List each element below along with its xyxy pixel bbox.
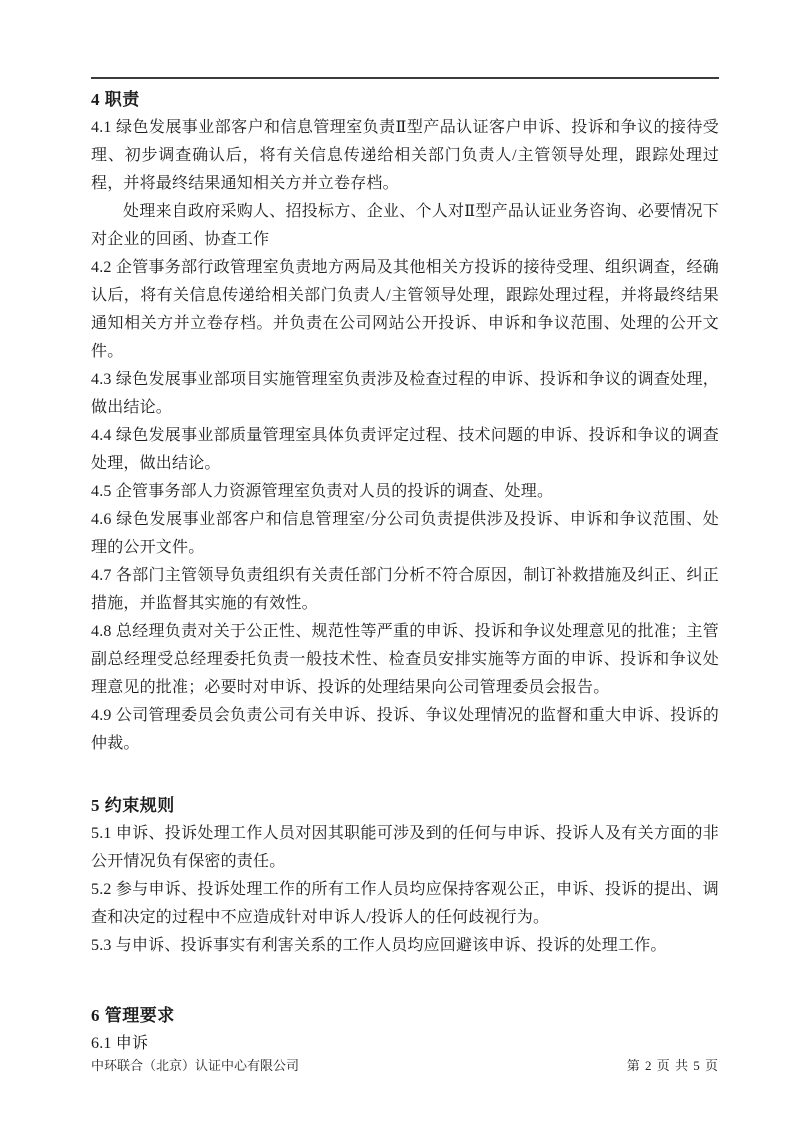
document-content: 4 职责4.1 绿色发展事业部客户和信息管理室负责Ⅱ型产品认证客户申诉、投诉和争… <box>91 0 719 1058</box>
document-body: 4 职责4.1 绿色发展事业部客户和信息管理室负责Ⅱ型产品认证客户申诉、投诉和争… <box>91 86 719 1058</box>
footer-company-name: 中环联合（北京）认证中心有限公司 <box>91 1057 299 1075</box>
header-rule <box>91 77 719 79</box>
clause-4-5: 4.5 企管事务部人力资源管理室负责对人员的投诉的调查、处理。 <box>91 478 719 506</box>
clause-4-4: 4.4 绿色发展事业部质量管理室具体负责评定过程、技术问题的申诉、投诉和争议的调… <box>91 422 719 478</box>
spacer-after-section-4 <box>91 758 719 792</box>
section-4-heading: 4 职责 <box>91 86 719 114</box>
section-5-heading: 5 约束规则 <box>91 792 719 820</box>
section-6-heading: 6 管理要求 <box>91 1002 719 1030</box>
clause-4-3: 4.3 绿色发展事业部项目实施管理室负责涉及检查过程的申诉、投诉和争议的调查处理… <box>91 366 719 422</box>
clause-6-1: 6.1 申诉 <box>91 1030 719 1058</box>
clause-4-8: 4.8 总经理负责对关于公正性、规范性等严重的申诉、投诉和争议处理意见的批准；主… <box>91 618 719 702</box>
document-page: 4 职责4.1 绿色发展事业部客户和信息管理室负责Ⅱ型产品认证客户申诉、投诉和争… <box>0 0 808 1142</box>
clause-4-2: 4.2 企管事务部行政管理室负责地方两局及其他相关方投诉的接待受理、组织调查，经… <box>91 254 719 366</box>
spacer-after-section-5 <box>91 960 719 1002</box>
clause-4-1: 4.1 绿色发展事业部客户和信息管理室负责Ⅱ型产品认证客户申诉、投诉和争议的接待… <box>91 114 719 198</box>
footer-page-number: 第 2 页 共 5 页 <box>627 1057 719 1075</box>
page-footer: 中环联合（北京）认证中心有限公司 第 2 页 共 5 页 <box>91 1057 719 1075</box>
clause-5-1: 5.1 申诉、投诉处理工作人员对因其职能可涉及到的任何与申诉、投诉人及有关方面的… <box>91 820 719 876</box>
clause-5-3: 5.3 与申诉、投诉事实有利害关系的工作人员均应回避该申诉、投诉的处理工作。 <box>91 932 719 960</box>
clause-4-1-note: 处理来自政府采购人、招投标方、企业、个人对Ⅱ型产品认证业务咨询、必要情况下对企业… <box>91 198 719 254</box>
clause-4-6: 4.6 绿色发展事业部客户和信息管理室/分公司负责提供涉及投诉、申诉和争议范围、… <box>91 506 719 562</box>
clause-4-7: 4.7 各部门主管领导负责组织有关责任部门分析不符合原因，制订补救措施及纠正、纠… <box>91 562 719 618</box>
clause-5-2: 5.2 参与申诉、投诉处理工作的所有工作人员均应保持客观公正，申诉、投诉的提出、… <box>91 876 719 932</box>
clause-4-9: 4.9 公司管理委员会负责公司有关申诉、投诉、争议处理情况的监督和重大申诉、投诉… <box>91 702 719 758</box>
